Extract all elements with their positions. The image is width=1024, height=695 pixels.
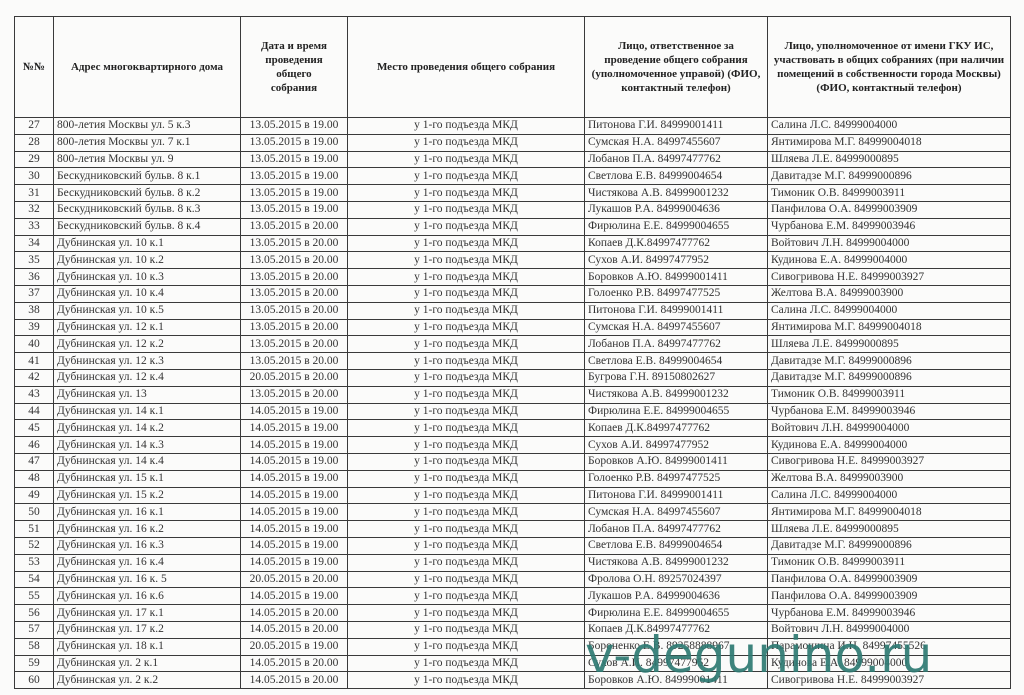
row-address: Дубнинская ул. 2 к.1 [54, 655, 241, 672]
row-number: 31 [15, 185, 54, 202]
row-address: Дубнинская ул. 10 к.5 [54, 302, 241, 319]
row-number: 35 [15, 252, 54, 269]
row-number: 33 [15, 218, 54, 235]
row-datetime: 13.05.2015 в 19.00 [241, 201, 348, 218]
table-row: 46Дубнинская ул. 14 к.314.05.2015 в 19.0… [15, 437, 1011, 454]
row-place: у 1-го подъезда МКД [348, 521, 585, 538]
row-number: 47 [15, 453, 54, 470]
row-place: у 1-го подъезда МКД [348, 118, 585, 135]
row-address: Дубнинская ул. 12 к.1 [54, 319, 241, 336]
row-gku-representative: Янтимирова М.Г. 84999004018 [768, 504, 1011, 521]
row-address: Дубнинская ул. 10 к.3 [54, 269, 241, 286]
row-address: Дубнинская ул. 13 [54, 386, 241, 403]
row-gku-representative: Панфилова О.А. 84999003909 [768, 201, 1011, 218]
row-gku-representative: Давитадзе М.Г. 84999000896 [768, 537, 1011, 554]
row-address: Бескудниковский бульв. 8 к.2 [54, 185, 241, 202]
row-responsible: Лукашов Р.А. 84999004636 [585, 588, 768, 605]
row-gku-representative: Шляева Л.Е. 84999000895 [768, 336, 1011, 353]
table-row: 45Дубнинская ул. 14 к.214.05.2015 в 19.0… [15, 420, 1011, 437]
row-gku-representative: Кудинова Е.А. 84999004000 [768, 252, 1011, 269]
row-number: 38 [15, 302, 54, 319]
row-place: у 1-го подъезда МКД [348, 302, 585, 319]
row-gku-representative: Тимоник О.В. 84999003911 [768, 185, 1011, 202]
row-responsible: Лобанов П.А. 84997477762 [585, 521, 768, 538]
table-row: 39Дубнинская ул. 12 к.113.05.2015 в 20.0… [15, 319, 1011, 336]
row-address: Бескудниковский бульв. 8 к.4 [54, 218, 241, 235]
row-address: Дубнинская ул. 10 к.2 [54, 252, 241, 269]
row-gku-representative: Тимоник О.В. 84999003911 [768, 386, 1011, 403]
row-place: у 1-го подъезда МКД [348, 218, 585, 235]
row-place: у 1-го подъезда МКД [348, 470, 585, 487]
row-gku-representative: Давитадзе М.Г. 84999000896 [768, 353, 1011, 370]
row-place: у 1-го подъезда МКД [348, 605, 585, 622]
row-number: 60 [15, 672, 54, 689]
row-place: у 1-го подъезда МКД [348, 252, 585, 269]
row-address: Дубнинская ул. 15 к.2 [54, 487, 241, 504]
row-responsible: Сухов А.И. 84997477952 [585, 252, 768, 269]
table-row: 51Дубнинская ул. 16 к.214.05.2015 в 19.0… [15, 521, 1011, 538]
table-row: 49Дубнинская ул. 15 к.214.05.2015 в 19.0… [15, 487, 1011, 504]
table-row: 34Дубнинская ул. 10 к.113.05.2015 в 20.0… [15, 235, 1011, 252]
row-number: 43 [15, 386, 54, 403]
row-gku-representative: Панфилова О.А. 84999003909 [768, 588, 1011, 605]
table-row: 42Дубнинская ул. 12 к.420.05.2015 в 20.0… [15, 369, 1011, 386]
row-gku-representative: Желтова В.А. 84999003900 [768, 470, 1011, 487]
table-row: 32Бескудниковский бульв. 8 к.313.05.2015… [15, 201, 1011, 218]
row-place: у 1-го подъезда МКД [348, 201, 585, 218]
row-address: Дубнинская ул. 14 к.2 [54, 420, 241, 437]
row-responsible: Боровков А.Ю. 84999001411 [585, 453, 768, 470]
row-responsible: Сумская Н.А. 84997455607 [585, 504, 768, 521]
row-datetime: 14.05.2015 в 19.00 [241, 588, 348, 605]
row-address: Бескудниковский бульв. 8 к.1 [54, 168, 241, 185]
table-row: 56Дубнинская ул. 17 к.114.05.2015 в 20.0… [15, 605, 1011, 622]
row-address: Дубнинская ул. 17 к.2 [54, 621, 241, 638]
row-number: 45 [15, 420, 54, 437]
row-place: у 1-го подъезда МКД [348, 319, 585, 336]
row-gku-representative: Сивогривова Н.Е. 84999003927 [768, 453, 1011, 470]
row-datetime: 13.05.2015 в 20.00 [241, 218, 348, 235]
row-address: 800-летия Москвы ул. 7 к.1 [54, 134, 241, 151]
row-number: 42 [15, 369, 54, 386]
row-datetime: 13.05.2015 в 20.00 [241, 302, 348, 319]
row-responsible: Боровков А.Ю. 84999001411 [585, 269, 768, 286]
row-responsible: Фролова О.Н. 89257024397 [585, 571, 768, 588]
table-row: 35Дубнинская ул. 10 к.213.05.2015 в 20.0… [15, 252, 1011, 269]
row-gku-representative: Чурбанова Е.М. 84999003946 [768, 218, 1011, 235]
row-gku-representative: Войтович Л.Н. 84999004000 [768, 420, 1011, 437]
row-number: 39 [15, 319, 54, 336]
row-place: у 1-го подъезда МКД [348, 437, 585, 454]
row-address: Дубнинская ул. 2 к.2 [54, 672, 241, 689]
table-row: 40Дубнинская ул. 12 к.213.05.2015 в 20.0… [15, 336, 1011, 353]
row-number: 44 [15, 403, 54, 420]
row-datetime: 20.05.2015 в 20.00 [241, 571, 348, 588]
row-responsible: Голоенко Р.В. 84997477525 [585, 285, 768, 302]
row-gku-representative: Войтович Л.Н. 84999004000 [768, 235, 1011, 252]
row-place: у 1-го подъезда МКД [348, 386, 585, 403]
row-gku-representative: Салина Л.С. 84999004000 [768, 487, 1011, 504]
row-datetime: 13.05.2015 в 20.00 [241, 386, 348, 403]
row-datetime: 20.05.2015 в 19.00 [241, 638, 348, 655]
row-datetime: 14.05.2015 в 19.00 [241, 470, 348, 487]
row-address: Дубнинская ул. 16 к. 5 [54, 571, 241, 588]
table-row: 38Дубнинская ул. 10 к.513.05.2015 в 20.0… [15, 302, 1011, 319]
row-datetime: 13.05.2015 в 20.00 [241, 319, 348, 336]
table-row: 43Дубнинская ул. 1313.05.2015 в 20.00у 1… [15, 386, 1011, 403]
row-place: у 1-го подъезда МКД [348, 537, 585, 554]
row-place: у 1-го подъезда МКД [348, 672, 585, 689]
table-row: 29800-летия Москвы ул. 913.05.2015 в 19.… [15, 151, 1011, 168]
meetings-table: №№ Адрес многоквартирного дома Дата и вр… [14, 16, 1011, 689]
table-row: 55Дубнинская ул. 16 к.614.05.2015 в 19.0… [15, 588, 1011, 605]
row-address: Дубнинская ул. 12 к.2 [54, 336, 241, 353]
row-address: Дубнинская ул. 17 к.1 [54, 605, 241, 622]
row-number: 37 [15, 285, 54, 302]
row-responsible: Чистякова А.В. 84999001232 [585, 554, 768, 571]
row-gku-representative: Тимоник О.В. 84999003911 [768, 554, 1011, 571]
row-address: Дубнинская ул. 16 к.1 [54, 504, 241, 521]
row-responsible: Копаев Д.К.84997477762 [585, 235, 768, 252]
row-responsible: Чистякова А.В. 84999001232 [585, 185, 768, 202]
row-address: Дубнинская ул. 10 к.4 [54, 285, 241, 302]
row-gku-representative: Панфилова О.А. 84999003909 [768, 571, 1011, 588]
row-datetime: 13.05.2015 в 19.00 [241, 118, 348, 135]
row-number: 36 [15, 269, 54, 286]
row-gku-representative: Янтимирова М.Г. 84999004018 [768, 134, 1011, 151]
table-row: 52Дубнинская ул. 16 к.314.05.2015 в 19.0… [15, 537, 1011, 554]
row-place: у 1-го подъезда МКД [348, 134, 585, 151]
row-address: 800-летия Москвы ул. 9 [54, 151, 241, 168]
row-place: у 1-го подъезда МКД [348, 369, 585, 386]
row-responsible: Светлова Е.В. 84999004654 [585, 168, 768, 185]
row-gku-representative: Салина Л.С. 84999004000 [768, 118, 1011, 135]
row-number: 46 [15, 437, 54, 454]
row-number: 53 [15, 554, 54, 571]
row-gku-representative: Салина Л.С. 84999004000 [768, 302, 1011, 319]
row-place: у 1-го подъезда МКД [348, 638, 585, 655]
row-number: 57 [15, 621, 54, 638]
row-number: 48 [15, 470, 54, 487]
row-place: у 1-го подъезда МКД [348, 571, 585, 588]
row-responsible: Светлова Е.В. 84999004654 [585, 537, 768, 554]
row-gku-representative: Сивогривова Н.Е. 84999003927 [768, 269, 1011, 286]
row-place: у 1-го подъезда МКД [348, 285, 585, 302]
row-responsible: Питонова Г.И. 84999001411 [585, 487, 768, 504]
row-responsible: Светлова Е.В. 84999004654 [585, 353, 768, 370]
row-place: у 1-го подъезда МКД [348, 269, 585, 286]
row-gku-representative: Янтимирова М.Г. 84999004018 [768, 319, 1011, 336]
row-datetime: 13.05.2015 в 20.00 [241, 336, 348, 353]
row-address: Дубнинская ул. 10 к.1 [54, 235, 241, 252]
row-responsible: Голоенко Р.В. 84997477525 [585, 470, 768, 487]
table-row: 41Дубнинская ул. 12 к.313.05.2015 в 20.0… [15, 353, 1011, 370]
row-gku-representative: Чурбанова Е.М. 84999003946 [768, 403, 1011, 420]
table-row: 28800-летия Москвы ул. 7 к.113.05.2015 в… [15, 134, 1011, 151]
row-datetime: 13.05.2015 в 19.00 [241, 185, 348, 202]
row-responsible: Бугрова Г.Н. 89150802627 [585, 369, 768, 386]
row-datetime: 14.05.2015 в 19.00 [241, 453, 348, 470]
row-responsible: Лобанов П.А. 84997477762 [585, 151, 768, 168]
row-datetime: 14.05.2015 в 19.00 [241, 437, 348, 454]
table-row: 50Дубнинская ул. 16 к.114.05.2015 в 19.0… [15, 504, 1011, 521]
row-address: Дубнинская ул. 16 к.3 [54, 537, 241, 554]
row-datetime: 14.05.2015 в 20.00 [241, 672, 348, 689]
row-datetime: 13.05.2015 в 20.00 [241, 235, 348, 252]
row-datetime: 13.05.2015 в 20.00 [241, 269, 348, 286]
row-gku-representative: Давитадзе М.Г. 84999000896 [768, 168, 1011, 185]
header-responsible: Лицо, ответственное за проведение общего… [585, 17, 768, 118]
row-gku-representative: Шляева Л.Е. 84999000895 [768, 521, 1011, 538]
row-datetime: 14.05.2015 в 20.00 [241, 621, 348, 638]
row-place: у 1-го подъезда МКД [348, 353, 585, 370]
row-place: у 1-го подъезда МКД [348, 336, 585, 353]
row-place: у 1-го подъезда МКД [348, 588, 585, 605]
row-responsible: Фирюлина Е.Е. 84999004655 [585, 218, 768, 235]
row-datetime: 14.05.2015 в 19.00 [241, 521, 348, 538]
row-number: 32 [15, 201, 54, 218]
row-datetime: 13.05.2015 в 20.00 [241, 252, 348, 269]
row-number: 40 [15, 336, 54, 353]
row-responsible: Фирюлина Е.Е. 84999004655 [585, 605, 768, 622]
row-datetime: 13.05.2015 в 20.00 [241, 353, 348, 370]
row-datetime: 14.05.2015 в 19.00 [241, 537, 348, 554]
watermark: v-degunino.ru [585, 630, 932, 680]
table-row: 54Дубнинская ул. 16 к. 520.05.2015 в 20.… [15, 571, 1011, 588]
row-datetime: 14.05.2015 в 20.00 [241, 655, 348, 672]
row-datetime: 14.05.2015 в 19.00 [241, 504, 348, 521]
row-number: 41 [15, 353, 54, 370]
table-body: 27800-летия Москвы ул. 5 к.313.05.2015 в… [15, 118, 1011, 689]
row-place: у 1-го подъезда МКД [348, 655, 585, 672]
row-number: 52 [15, 537, 54, 554]
row-number: 59 [15, 655, 54, 672]
row-datetime: 14.05.2015 в 20.00 [241, 605, 348, 622]
row-number: 30 [15, 168, 54, 185]
row-gku-representative: Чурбанова Е.М. 84999003946 [768, 605, 1011, 622]
row-responsible: Сухов А.И. 84997477952 [585, 437, 768, 454]
row-address: Дубнинская ул. 12 к.3 [54, 353, 241, 370]
row-responsible: Лобанов П.А. 84997477762 [585, 336, 768, 353]
row-number: 55 [15, 588, 54, 605]
table-row: 31Бескудниковский бульв. 8 к.213.05.2015… [15, 185, 1011, 202]
row-number: 51 [15, 521, 54, 538]
row-address: Дубнинская ул. 18 к.1 [54, 638, 241, 655]
row-responsible: Фирюлина Е.Е. 84999004655 [585, 403, 768, 420]
row-place: у 1-го подъезда МКД [348, 487, 585, 504]
row-place: у 1-го подъезда МКД [348, 403, 585, 420]
row-number: 28 [15, 134, 54, 151]
table-header-row: №№ Адрес многоквартирного дома Дата и вр… [15, 17, 1011, 118]
table-row: 36Дубнинская ул. 10 к.313.05.2015 в 20.0… [15, 269, 1011, 286]
row-number: 49 [15, 487, 54, 504]
row-responsible: Чистякова А.В. 84999001232 [585, 386, 768, 403]
row-datetime: 14.05.2015 в 19.00 [241, 403, 348, 420]
row-number: 58 [15, 638, 54, 655]
row-place: у 1-го подъезда МКД [348, 235, 585, 252]
row-number: 56 [15, 605, 54, 622]
row-number: 50 [15, 504, 54, 521]
row-address: Дубнинская ул. 15 к.1 [54, 470, 241, 487]
row-place: у 1-го подъезда МКД [348, 453, 585, 470]
header-address: Адрес многоквартирного дома [54, 17, 241, 118]
row-gku-representative: Давитадзе М.Г. 84999000896 [768, 369, 1011, 386]
table-row: 27800-летия Москвы ул. 5 к.313.05.2015 в… [15, 118, 1011, 135]
row-datetime: 14.05.2015 в 19.00 [241, 487, 348, 504]
row-datetime: 20.05.2015 в 20.00 [241, 369, 348, 386]
row-datetime: 13.05.2015 в 19.00 [241, 134, 348, 151]
header-datetime: Дата и время проведения общего собрания [241, 17, 348, 118]
row-place: у 1-го подъезда МКД [348, 621, 585, 638]
table-row: 47Дубнинская ул. 14 к.414.05.2015 в 19.0… [15, 453, 1011, 470]
row-address: Бескудниковский бульв. 8 к.3 [54, 201, 241, 218]
header-place: Место проведения общего собрания [348, 17, 585, 118]
row-responsible: Сумская Н.А. 84997455607 [585, 319, 768, 336]
row-address: Дубнинская ул. 16 к.6 [54, 588, 241, 605]
row-responsible: Копаев Д.К.84997477762 [585, 420, 768, 437]
row-address: Дубнинская ул. 16 к.2 [54, 521, 241, 538]
row-gku-representative: Кудинова Е.А. 84999004000 [768, 437, 1011, 454]
row-gku-representative: Желтова В.А. 84999003900 [768, 285, 1011, 302]
row-address: Дубнинская ул. 14 к.4 [54, 453, 241, 470]
row-number: 27 [15, 118, 54, 135]
row-responsible: Питонова Г.И. 84999001411 [585, 302, 768, 319]
row-address: Дубнинская ул. 14 к.3 [54, 437, 241, 454]
row-datetime: 14.05.2015 в 19.00 [241, 554, 348, 571]
row-datetime: 14.05.2015 в 19.00 [241, 420, 348, 437]
row-number: 34 [15, 235, 54, 252]
row-responsible: Питонова Г.И. 84999001411 [585, 118, 768, 135]
header-gku: Лицо, уполномоченное от имени ГКУ ИС, уч… [768, 17, 1011, 118]
row-address: 800-летия Москвы ул. 5 к.3 [54, 118, 241, 135]
row-number: 54 [15, 571, 54, 588]
row-place: у 1-го подъезда МКД [348, 554, 585, 571]
table-row: 30Бескудниковский бульв. 8 к.113.05.2015… [15, 168, 1011, 185]
table-row: 33Бескудниковский бульв. 8 к.413.05.2015… [15, 218, 1011, 235]
row-responsible: Сумская Н.А. 84997455607 [585, 134, 768, 151]
row-address: Дубнинская ул. 14 к.1 [54, 403, 241, 420]
row-place: у 1-го подъезда МКД [348, 168, 585, 185]
table-row: 37Дубнинская ул. 10 к.413.05.2015 в 20.0… [15, 285, 1011, 302]
row-responsible: Лукашов Р.А. 84999004636 [585, 201, 768, 218]
table-row: 44Дубнинская ул. 14 к.114.05.2015 в 19.0… [15, 403, 1011, 420]
row-datetime: 13.05.2015 в 19.00 [241, 168, 348, 185]
row-address: Дубнинская ул. 16 к.4 [54, 554, 241, 571]
row-place: у 1-го подъезда МКД [348, 185, 585, 202]
row-datetime: 13.05.2015 в 20.00 [241, 285, 348, 302]
table-row: 48Дубнинская ул. 15 к.114.05.2015 в 19.0… [15, 470, 1011, 487]
row-place: у 1-го подъезда МКД [348, 504, 585, 521]
row-gku-representative: Шляева Л.Е. 84999000895 [768, 151, 1011, 168]
row-number: 29 [15, 151, 54, 168]
header-num: №№ [15, 17, 54, 118]
table-row: 53Дубнинская ул. 16 к.414.05.2015 в 19.0… [15, 554, 1011, 571]
row-place: у 1-го подъезда МКД [348, 420, 585, 437]
row-datetime: 13.05.2015 в 19.00 [241, 151, 348, 168]
row-place: у 1-го подъезда МКД [348, 151, 585, 168]
row-address: Дубнинская ул. 12 к.4 [54, 369, 241, 386]
